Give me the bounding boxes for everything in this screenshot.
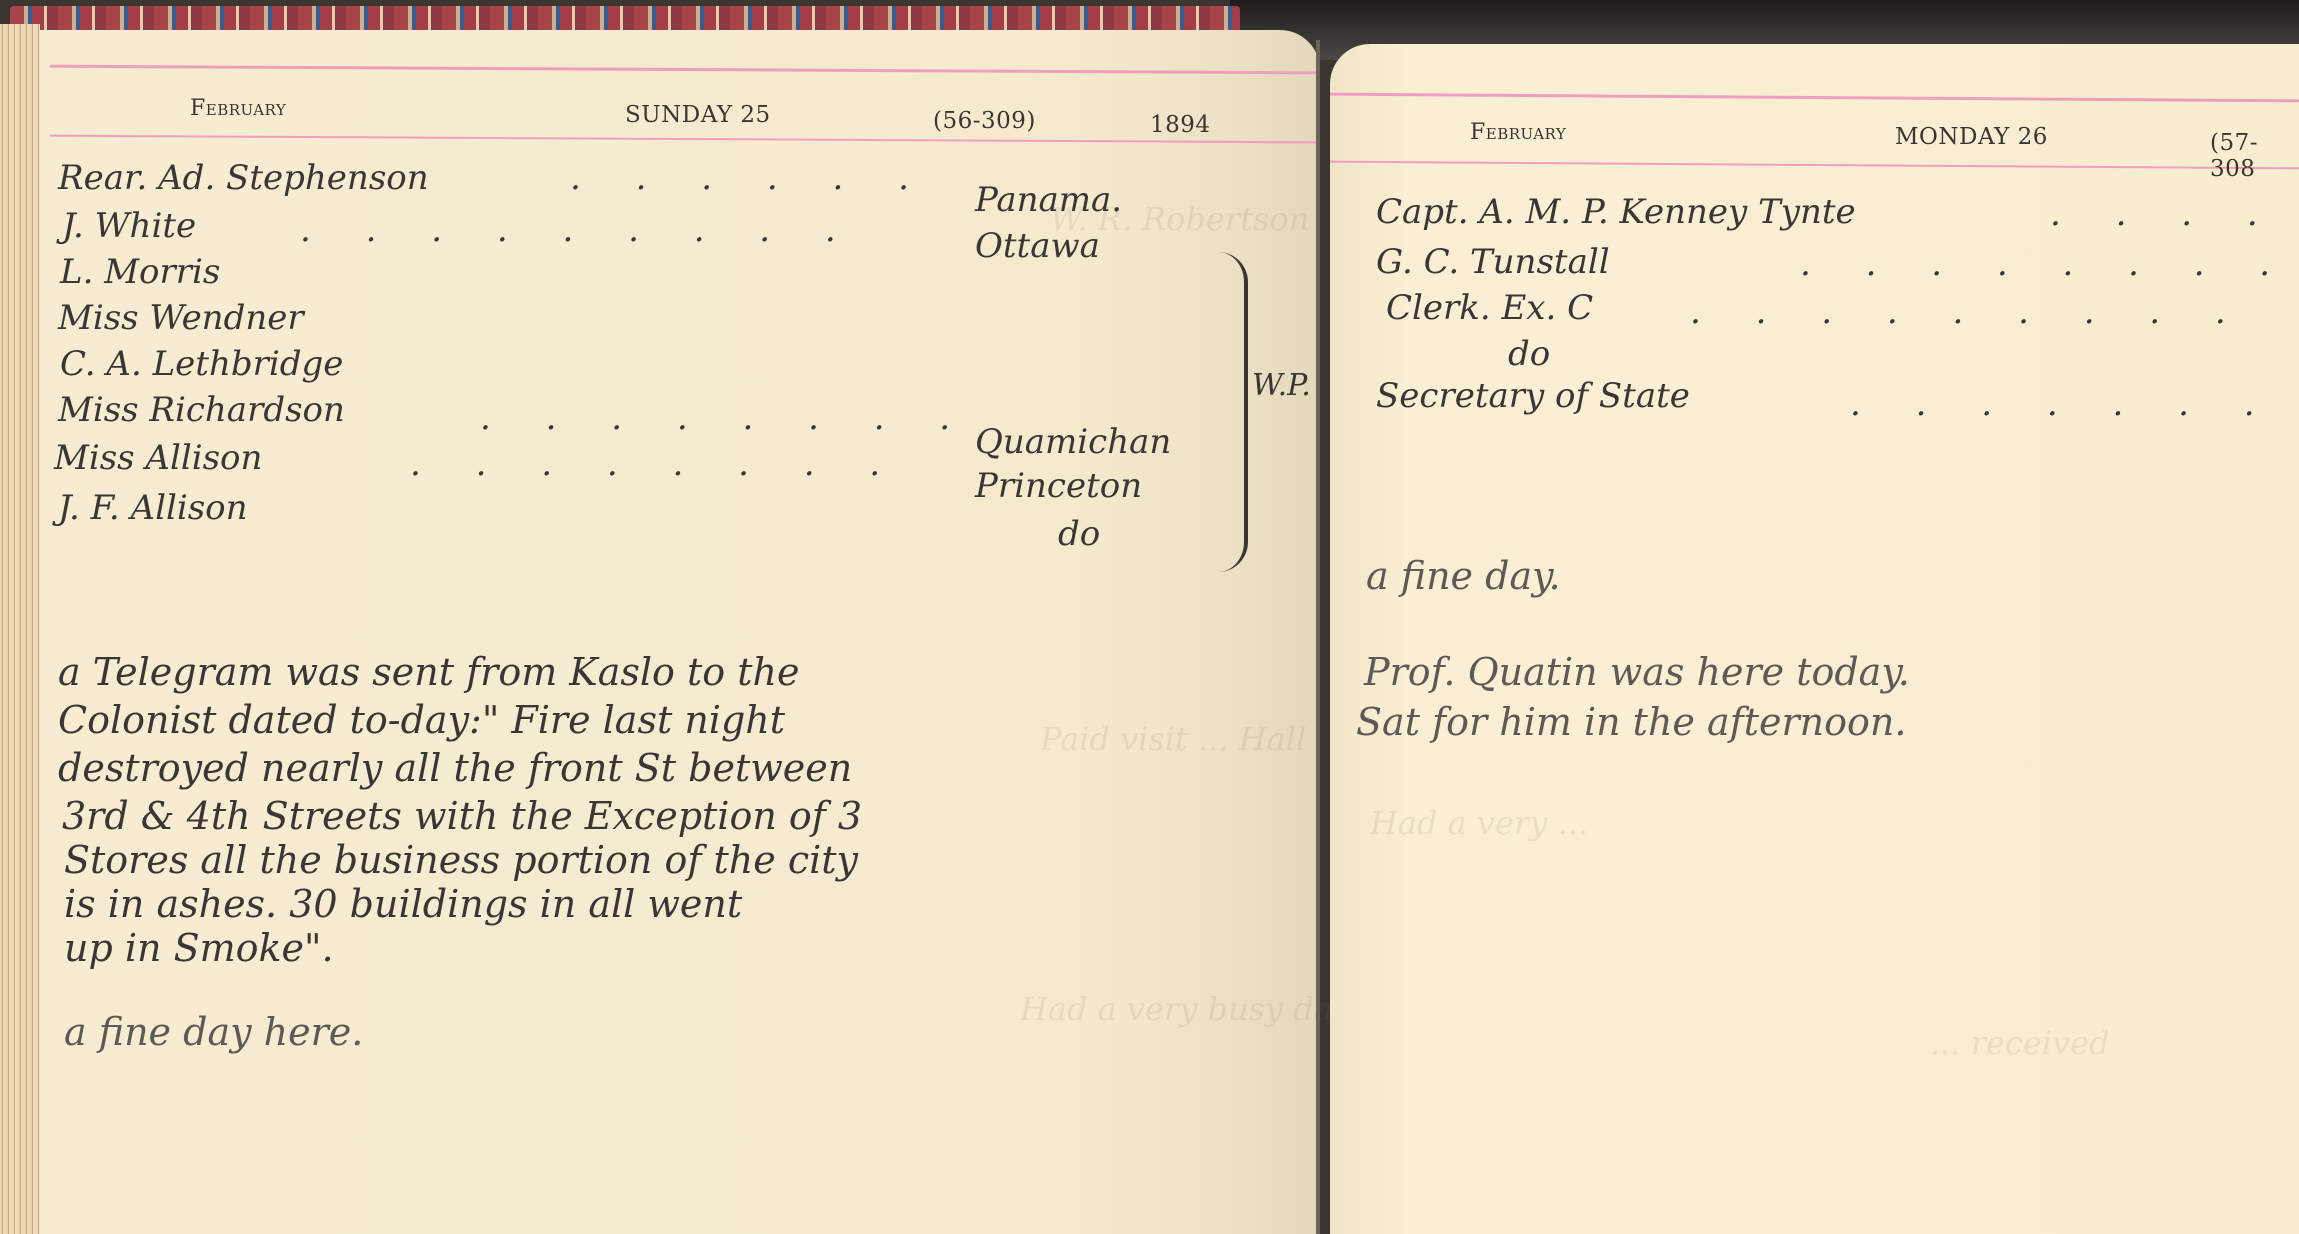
guest-place: Ottawa [975,226,1100,266]
weather-note: a fine day here. [64,1010,363,1054]
guest-name: J. White [62,206,196,246]
telegram-line: up in Smoke". [64,926,334,970]
year-label: 1894 [1150,112,1211,138]
bleed-through-text: Had a very busy day [1020,990,1351,1028]
left-page: February SUNDAY 25 (56-309) 1894 W. R. R… [40,30,1320,1234]
dot-leader: . . . . . . . . . [1690,292,2248,332]
month-label: February [190,96,286,121]
header-rule-top [1330,93,2299,103]
guest-name: C. A. Lethbridge [60,344,343,384]
dot-leader: . . . . . . . . [410,444,902,484]
guest-name: Miss Richardson [58,390,345,430]
dot-leader: . . . . . . [570,158,931,198]
bracket-note: W.P. [1252,368,1311,403]
telegram-line: is in ashes. 30 buildings in all went [64,882,742,926]
bleed-through-text: Paid visit ... Hall [1040,720,1306,758]
curly-brace [1218,252,1248,572]
guest-place: do [1058,514,1100,554]
guest-name: Clerk. Ex. C [1386,288,1593,328]
guest-place: Quamichan [975,422,1171,462]
right-page: February MONDAY 26 (57-308 Capt. A. M. P… [1330,44,2299,1234]
guest-place: Princeton [975,466,1142,506]
dot-leader: . . . . . . [2050,194,2299,234]
dot-leader: . . . . . . . [1850,384,2277,424]
weather-note: a fine day. [1366,554,1561,598]
header-rule-bottom [1330,161,2299,170]
note-line: Prof. Quatin was here today. [1364,650,1910,694]
guest-place: Panama. [975,180,1122,220]
guest-name: Secretary of State [1376,376,1690,416]
day-label: SUNDAY 25 [625,102,771,128]
day-count-label: (57-308 [2210,130,2299,182]
telegram-line: destroyed nearly all the front St betwee… [58,746,852,790]
header-rule-top [50,65,1320,75]
telegram-line: a Telegram was sent from Kaslo to the [58,650,799,694]
note-line: Sat for him in the afternoon. [1356,700,1906,744]
guest-name: G. C. Tunstall [1376,242,1610,282]
dot-leader: . . . . . . . . [1800,244,2292,284]
guest-name: Rear. Ad. Stephenson [58,158,429,198]
guest-name: J. F. Allison [58,488,248,528]
bleed-through-text: ... received [1930,1024,2110,1062]
header-rule-bottom [50,135,1320,144]
telegram-line: Stores all the business portion of the c… [64,838,858,882]
day-label: MONDAY 26 [1895,124,2048,150]
guest-name: Miss Allison [54,438,262,478]
telegram-line: Colonist dated to-day:" Fire last night [58,698,785,742]
guest-name: Miss Wendner [58,298,304,338]
month-label: February [1470,120,1566,145]
page-gutter [1316,40,1320,1234]
guest-name: L. Morris [60,252,220,292]
bleed-through-text: Had a very ... [1370,804,1588,842]
dot-leader: . . . . . . . . [480,398,972,438]
guest-name: Capt. A. M. P. Kenney Tynte [1376,192,1856,232]
dot-leader: . . . . . . . . . [300,210,858,250]
page-stack-edge [0,24,40,1234]
telegram-line: 3rd & 4th Streets with the Exception of … [62,794,862,838]
day-count-label: (56-309) [933,108,1036,134]
guest-name: do [1508,334,1550,374]
